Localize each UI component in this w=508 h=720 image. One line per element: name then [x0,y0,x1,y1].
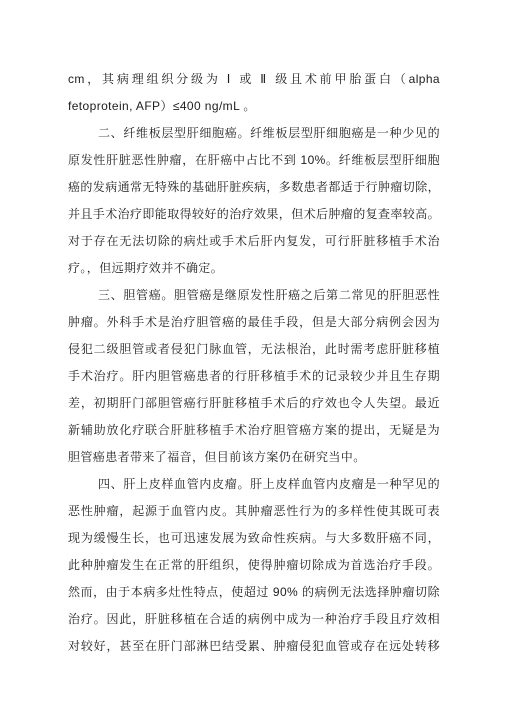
text-line: fetoprotein, AFP）≤400 ng/mL 。 [68,93,440,120]
text-line: 手术治疗。肝内胆管癌患者的行肝移植手术的记录较少并且生存期 [68,363,440,390]
text-line: 原发性肝脏恶性肿瘤，在肝癌中占比不到 10%。纤维板层型肝细胞 [68,147,440,174]
text-line: 侵犯二级胆管或者侵犯门脉血管，无法根治，此时需考虑肝脏移植 [68,336,440,363]
text-line: 然而，由于本病多灶性特点，使超过 90% 的病例无法选择肿瘤切除 [68,579,440,606]
text-line: 二、纤维板层型肝细胞癌。纤维板层型肝细胞癌是一种少见的 [68,120,440,147]
text-line: 现为缓慢生长，也可迅速发展为致命性疾病。与大多数肝癌不同， [68,525,440,552]
text-line: 肿瘤。外科手术是治疗胆管癌的最佳手段，但是大部分病例会因为 [68,309,440,336]
text-line: 四、肝上皮样血管内皮瘤。肝上皮样血管内皮瘤是一种罕见的 [68,471,440,498]
document-page: cm，其病理组织分级为 Ⅰ 或 Ⅱ 级且术前甲胎蛋白（alphafetoprot… [0,0,508,720]
text-line: 治疗。因此，肝脏移植在合适的病例中成为一种治疗手段且疗效相 [68,606,440,633]
text-line: 新辅助放化疗联合肝脏移植手术治疗胆管癌方案的提出，无疑是为 [68,417,440,444]
text-line: 恶性肿瘤，起源于血管内皮。其肿瘤恶性行为的多样性使其既可表 [68,498,440,525]
text-line: 三、胆管癌。胆管癌是继原发性肝癌之后第二常见的肝胆恶性 [68,282,440,309]
text-line: 癌的发病通常无特殊的基础肝脏疾病，多数患者都适于行肿瘤切除， [68,174,440,201]
text-line: 差，初期肝门部胆管癌行肝脏移植手术后的疗效也令人失望。最近 [68,390,440,417]
text-line: cm，其病理组织分级为 Ⅰ 或 Ⅱ 级且术前甲胎蛋白（alpha [68,66,440,93]
text-line: 对较好，甚至在肝门部淋巴结受累、肿瘤侵犯血管或存在远处转移 [68,633,440,660]
text-line: 胆管癌患者带来了福音，但目前该方案仍在研究当中。 [68,444,440,471]
text-line: 疗。，但远期疗效并不确定。 [68,255,440,282]
text-line: 并且手术治疗即能取得较好的治疗效果，但术后肿瘤的复查率较高。 [68,201,440,228]
text-line: 对于存在无法切除的病灶或手术后肝内复发，可行肝脏移植手术治 [68,228,440,255]
text-line: 此种肿瘤发生在正常的肝组织，使得肿瘤切除成为首选治疗手段。 [68,552,440,579]
